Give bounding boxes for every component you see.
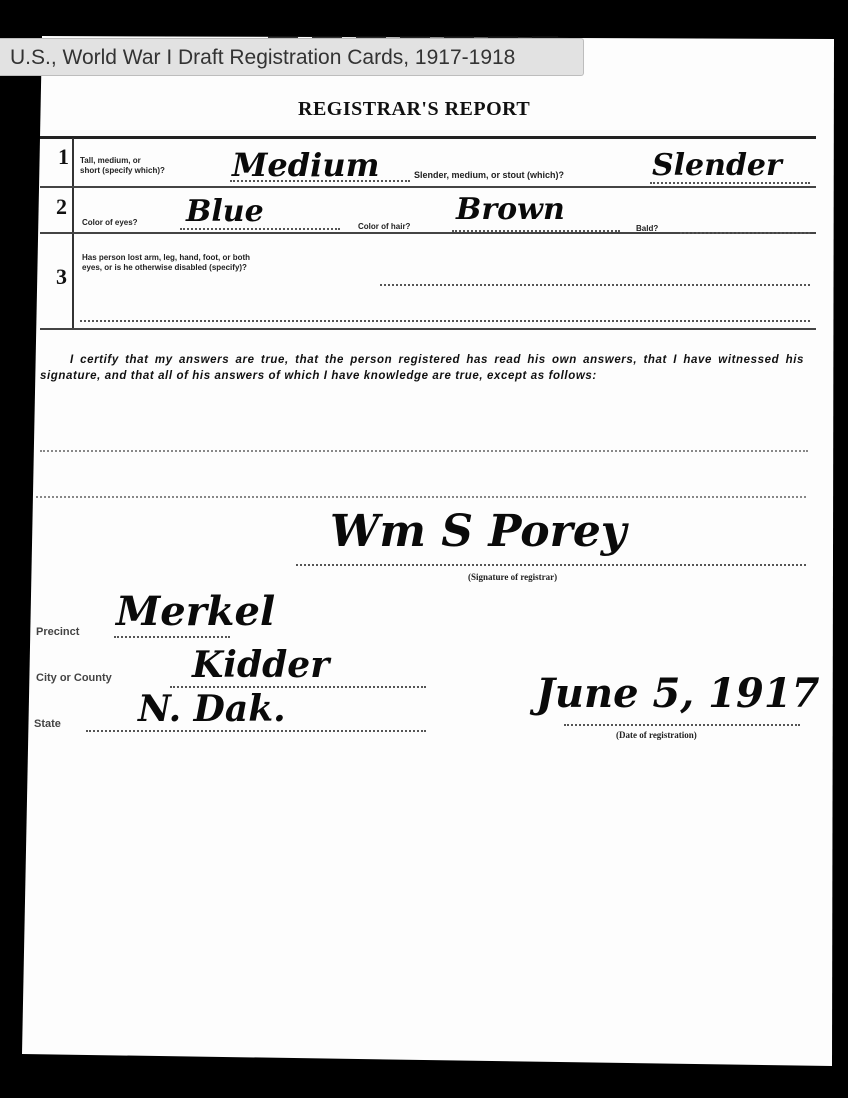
bald-line (680, 232, 810, 234)
state-line (86, 730, 426, 732)
registration-date: June 5, 1917 (536, 670, 819, 717)
height-line (230, 180, 410, 182)
registrar-signature: Wm S Porey (330, 506, 626, 557)
state-label: State (34, 718, 61, 730)
county-label: City or County (36, 672, 112, 684)
row-number: 2 (56, 194, 67, 220)
eye-color-line (180, 228, 340, 230)
disability-line (380, 284, 810, 286)
row-number: 1 (58, 144, 69, 170)
precinct-line (114, 636, 230, 638)
height-label: Tall, medium, or short (specify which)? (80, 156, 165, 176)
build-line (650, 182, 810, 184)
row-divider-1 (40, 186, 816, 188)
report-heading: REGISTRAR'S REPORT (298, 98, 530, 121)
date-caption: (Date of registration) (616, 730, 697, 740)
disability-label-line2: eyes, or is he otherwise disabled (speci… (82, 263, 250, 273)
exception-line-1 (40, 450, 808, 452)
height-label-line2: short (specify which)? (80, 166, 165, 176)
disability-label: Has person lost arm, leg, hand, foot, or… (82, 253, 250, 273)
disability-line-2 (80, 320, 810, 322)
certification-statement: I certify that my answers are true, that… (40, 352, 804, 384)
height-label-line1: Tall, medium, or (80, 156, 165, 166)
bald-label: Bald? (636, 224, 658, 233)
eye-color-label: Color of eyes? (82, 218, 138, 227)
table-top-rule (40, 136, 816, 139)
hair-color-line (452, 230, 620, 232)
hair-color-value: Brown (456, 192, 565, 227)
county-value: Kidder (192, 644, 329, 686)
row-number: 3 (56, 264, 67, 290)
eye-color-value: Blue (186, 194, 264, 229)
hair-color-label: Color of hair? (358, 222, 410, 231)
precinct-label: Precinct (36, 626, 79, 638)
height-value: Medium (232, 146, 379, 184)
collection-title-label: U.S., World War I Draft Registration Car… (0, 38, 584, 76)
date-line (564, 724, 800, 726)
signature-line (296, 564, 806, 566)
exception-line-2 (36, 496, 806, 498)
disability-label-line1: Has person lost arm, leg, hand, foot, or… (82, 253, 250, 263)
precinct-value: Merkel (116, 588, 275, 635)
table-bottom-rule (40, 328, 816, 330)
state-value: N. Dak. (138, 688, 286, 730)
signature-caption: (Signature of registrar) (468, 572, 557, 582)
table-number-divider (72, 138, 74, 330)
build-value: Slender (652, 148, 782, 183)
build-label: Slender, medium, or stout (which)? (414, 170, 564, 180)
